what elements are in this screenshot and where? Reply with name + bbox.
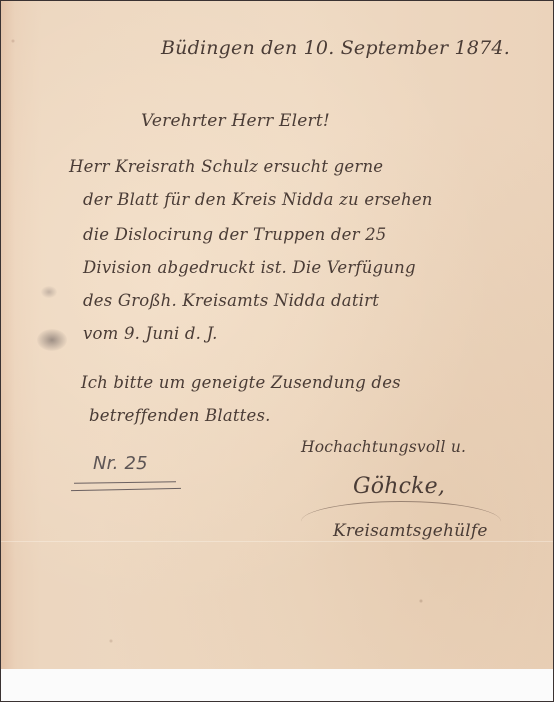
- paper-fold-line: [1, 541, 553, 542]
- letter-paper: Büdingen den 10. September 1874. Verehrt…: [1, 1, 553, 669]
- place-date-line: Büdingen den 10. September 1874.: [161, 37, 510, 59]
- body-line-8: betreffenden Blattes.: [89, 406, 271, 425]
- body-line-4: Division abgedruckt ist. Die Verfügung: [83, 258, 416, 277]
- side-note-underline: [74, 481, 176, 483]
- scan-background-strip: [1, 669, 553, 701]
- side-note-number: Nr. 25: [93, 453, 148, 474]
- signature: Göhcke,: [353, 474, 445, 499]
- body-line-5: des Großh. Kreisamts Nidda datirt: [83, 291, 379, 310]
- closing-phrase: Hochachtungsvoll u.: [301, 438, 466, 456]
- ink-smudge: [41, 286, 57, 298]
- body-line-3: die Dislocirung der Truppen der 25: [83, 225, 387, 244]
- body-line-7: Ich bitte um geneigte Zusendung des: [81, 373, 401, 392]
- body-line-2: der Blatt für den Kreis Nidda zu ersehen: [83, 190, 433, 209]
- side-note-underline: [71, 488, 181, 491]
- body-line-6: vom 9. Juni d. J.: [83, 324, 218, 343]
- salutation: Verehrter Herr Elert!: [141, 111, 330, 131]
- body-line-1: Herr Kreisrath Schulz ersucht gerne: [69, 157, 383, 176]
- ink-smudge: [37, 329, 67, 351]
- signer-title: Kreisamtsgehülfe: [333, 521, 488, 541]
